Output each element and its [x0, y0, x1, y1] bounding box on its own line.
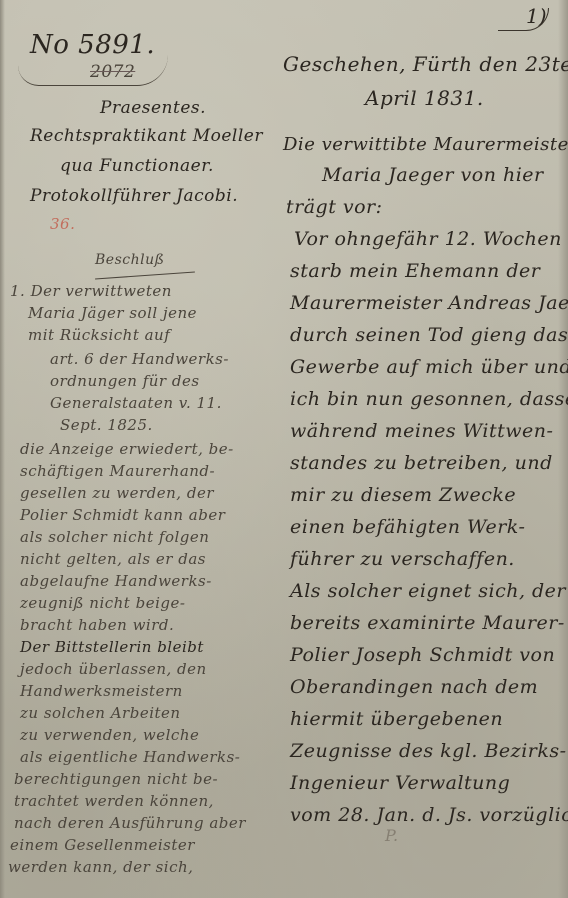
resolution-line: art. 6 der Handwerks- — [50, 350, 229, 368]
resolution-line: jedoch überlassen, den — [20, 660, 207, 678]
body-line: Maurermeister Andreas Jaeger, — [290, 292, 568, 314]
resolution-line: ordnungen für des — [50, 372, 200, 390]
body-line: Gewerbe auf mich über und — [290, 356, 568, 378]
folio-number: 1) — [526, 4, 547, 28]
body-line: starb mein Ehemann der — [290, 260, 540, 282]
resolution-line: 1. Der verwittweten — [10, 282, 172, 300]
body-line: einen befähigten Werk- — [290, 516, 525, 538]
resolution-line: nicht gelten, als er das — [20, 550, 206, 568]
place-date-line: Geschehen, Fürth den 23ten — [283, 52, 568, 76]
resolution-line: als solcher nicht folgen — [20, 528, 209, 546]
resolution-line: Sept. 1825. — [60, 416, 153, 434]
manuscript-page: 1) No 5891. 2072 Praesentes. Rechtsprakt… — [0, 0, 568, 898]
body-line: führer zu verschaffen. — [290, 548, 515, 570]
resolution-line: Handwerksmeistern — [20, 682, 183, 700]
body-line: Vor ohngefähr 12. Wochen ver- — [294, 228, 568, 250]
resolution-line: abgelaufne Handwerks- — [20, 572, 212, 590]
attendee-line: Rechtspraktikant Moeller — [30, 126, 263, 146]
resolution-heading: Beschluß — [95, 252, 164, 268]
resolution-line: als eigentliche Handwerks- — [20, 748, 240, 766]
body-line: standes zu betreiben, und — [290, 452, 553, 474]
body-line: trägt vor: — [286, 196, 383, 218]
resolution-line: zu verwenden, welche — [20, 726, 199, 744]
body-line: vom 28. Jan. d. Js. vorzüglich — [290, 804, 568, 826]
resolution-line: trachtet werden können, — [14, 792, 214, 810]
resolution-line: Der Bittstellerin bleibt — [20, 638, 204, 656]
resolution-line: bracht haben wird. — [20, 616, 174, 634]
resolution-line: zu solchen Arbeiten — [20, 704, 181, 722]
resolution-line: die Anzeige erwiedert, be- — [20, 440, 234, 458]
faint-stamp-mark: P. — [385, 826, 399, 845]
body-line: Zeugnisse des kgl. Bezirks- — [290, 740, 567, 762]
body-line: Oberandingen nach dem — [290, 676, 538, 698]
resolution-line: nach deren Ausführung aber — [14, 814, 246, 832]
body-line: Die verwittibte Maurermeisterin — [283, 134, 568, 155]
attendee-line: Protokollführer Jacobi. — [30, 186, 238, 206]
body-line: Polier Joseph Schmidt von — [290, 644, 555, 666]
resolution-line: gesellen zu werden, der — [20, 484, 214, 502]
resolution-line: schäftigen Maurerhand- — [20, 462, 215, 480]
resolution-line: Maria Jäger soll jene — [28, 304, 197, 322]
body-line: Als solcher eignet sich, der — [290, 580, 566, 602]
red-pencil-mark: 36. — [50, 215, 75, 233]
body-line: während meines Wittwen- — [290, 420, 553, 442]
resolution-line: berechtigungen nicht be- — [14, 770, 218, 788]
resolution-heading-underline — [95, 272, 195, 281]
body-line: durch seinen Tod gieng das — [290, 324, 568, 346]
attendee-line: qua Functionaer. — [60, 156, 214, 176]
attendees-heading: Praesentes. — [100, 98, 206, 118]
body-line: hiermit übergebenen — [290, 708, 503, 730]
body-line: Maria Jaeger von hier — [322, 164, 544, 186]
body-line: bereits examinirte Maurer- — [290, 612, 565, 634]
resolution-line: werden kann, der sich, — [8, 858, 193, 876]
body-line: mir zu diesem Zwecke — [290, 484, 516, 506]
place-date-line: April 1831. — [365, 86, 484, 110]
resolution-line: zeugniß nicht beige- — [20, 594, 185, 612]
resolution-line: Polier Schmidt kann aber — [20, 506, 225, 524]
page-left-edge — [0, 0, 5, 898]
document-subnumber: 2072 — [90, 62, 135, 82]
resolution-line: einem Gesellenmeister — [10, 836, 195, 854]
body-line: ich bin nun gesonnen, dasselbe — [290, 388, 568, 410]
resolution-line: Generalstaaten v. 11. — [50, 394, 222, 412]
resolution-line: mit Rücksicht auf — [28, 326, 170, 344]
body-line: Ingenieur Verwaltung — [290, 772, 510, 794]
